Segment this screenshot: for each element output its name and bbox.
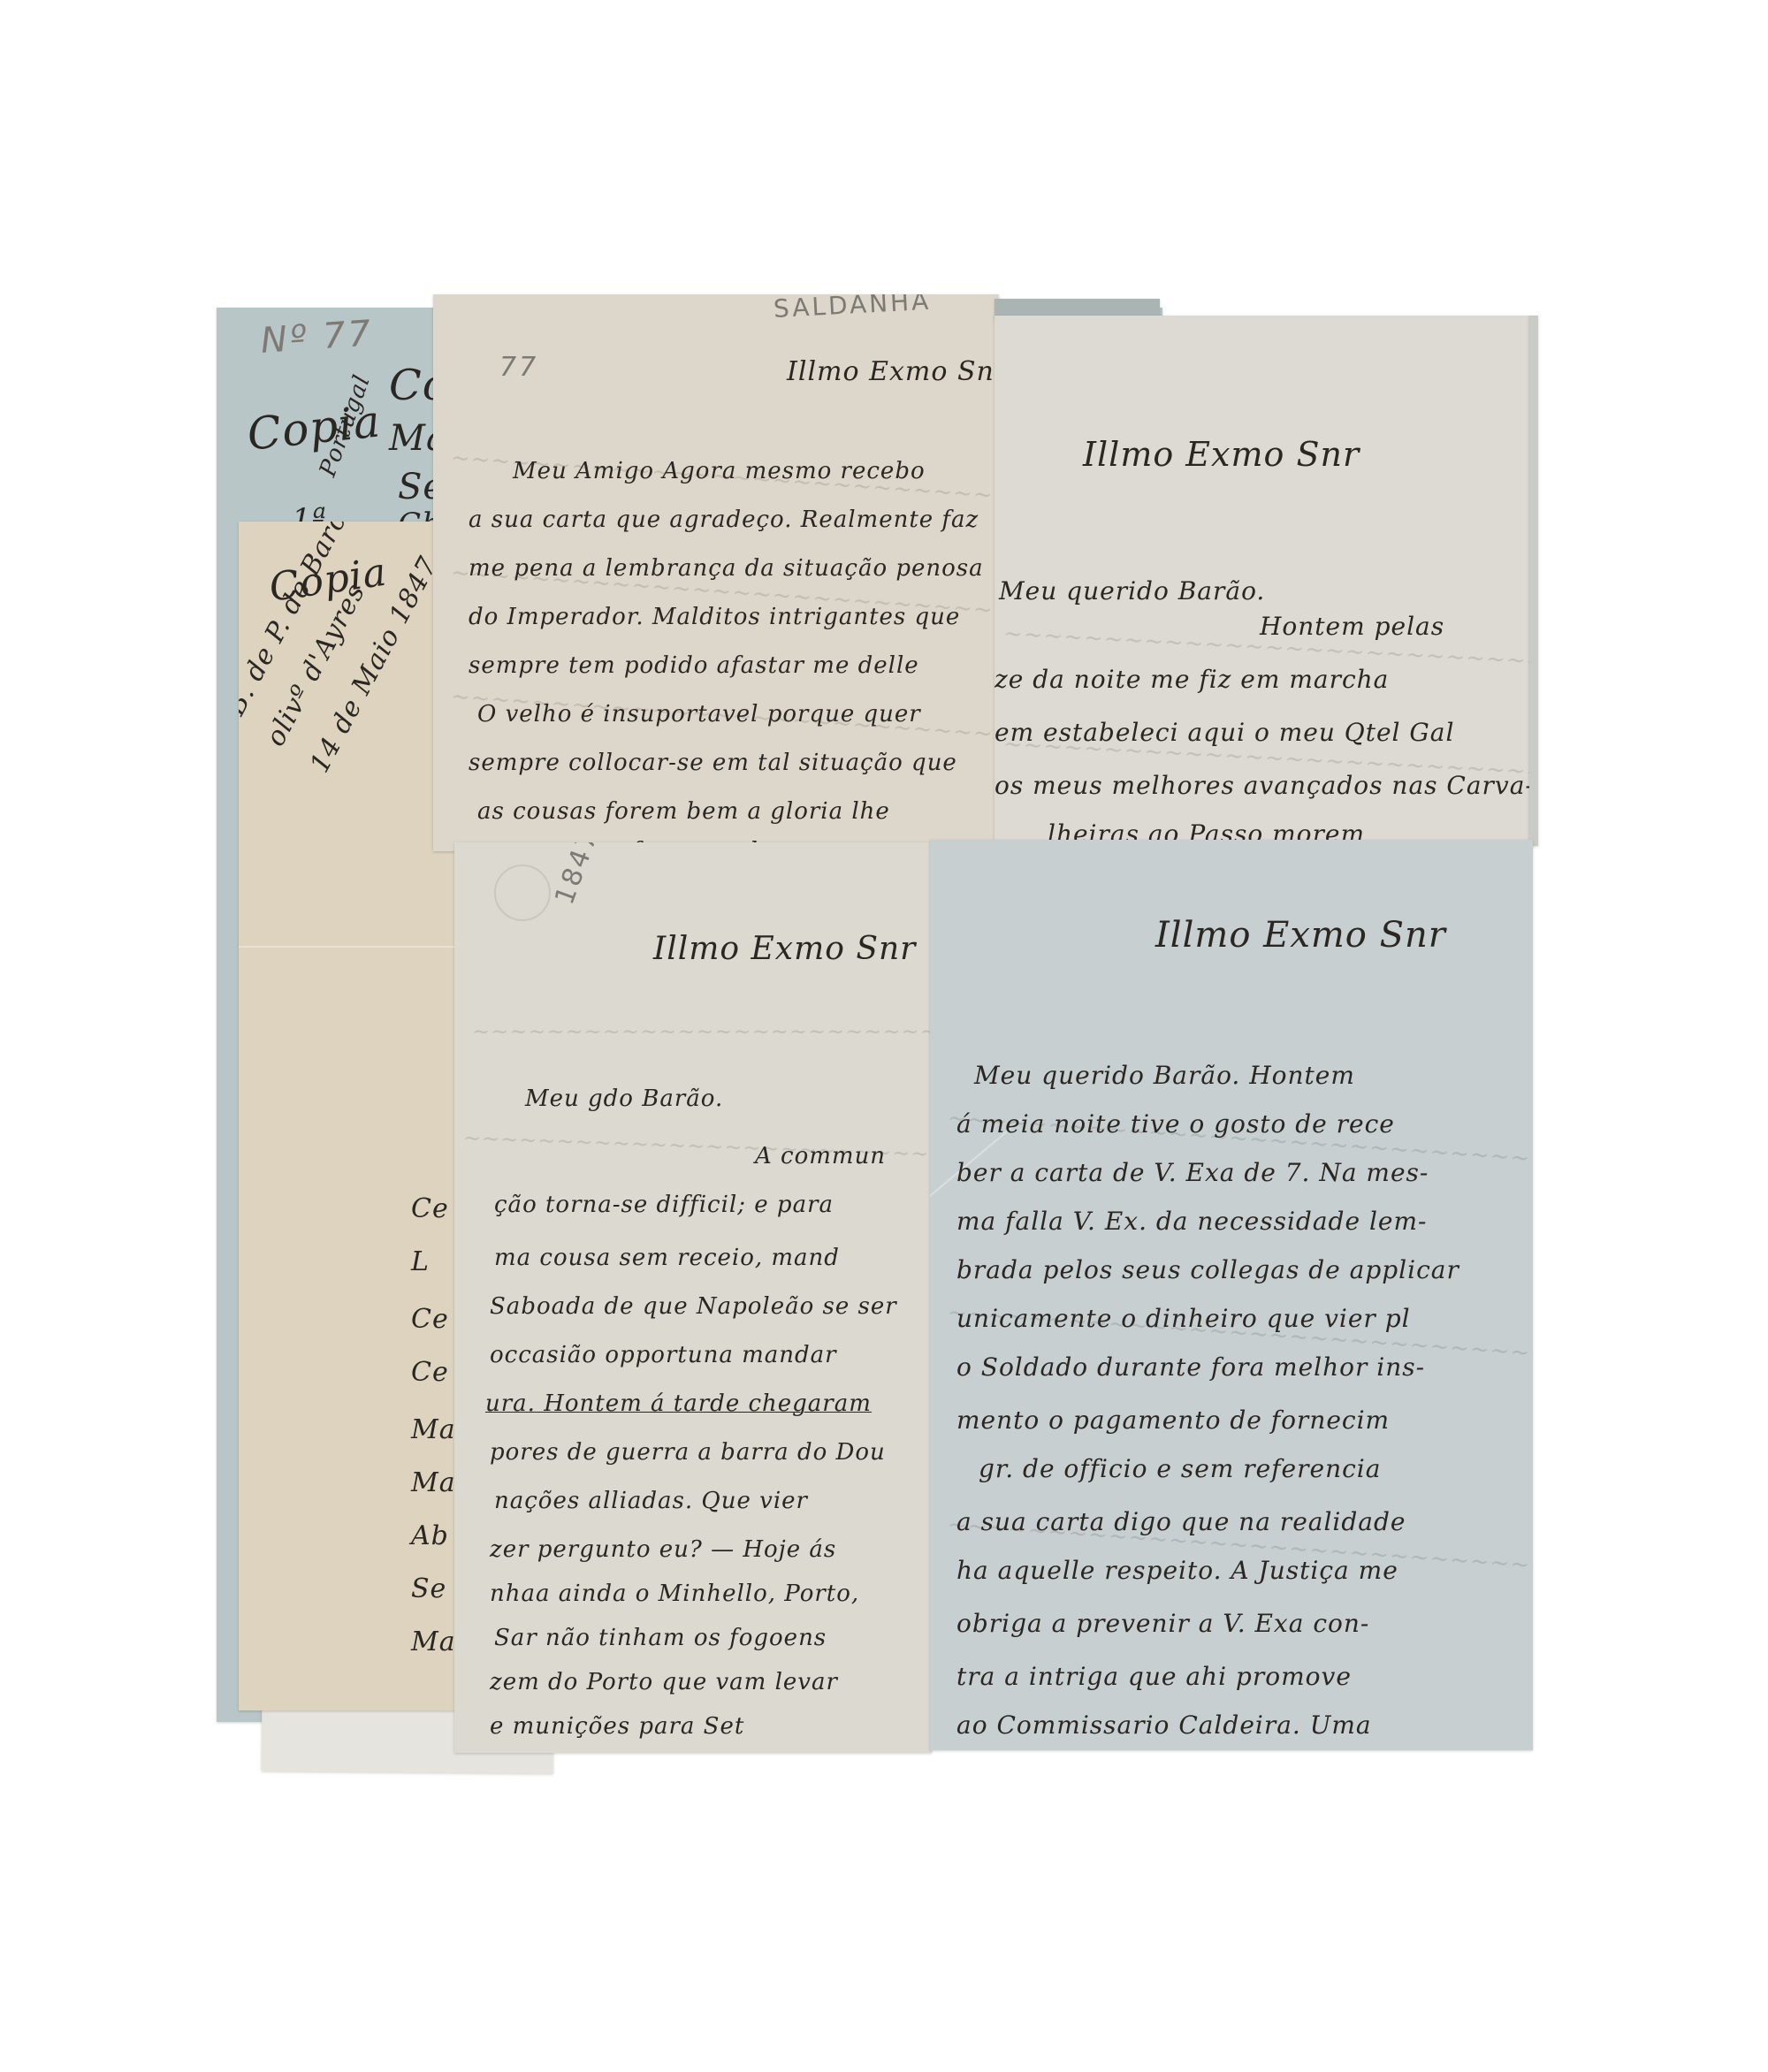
fragment: Ce [411,1357,449,1388]
letter-line: a sua carta digo que na realidade [956,1507,1406,1536]
letter-line: O velho é insuportavel porque quer [477,701,921,727]
letter-line: Meu querido Barão. Hontem [974,1061,1355,1090]
pencil-name: SALDANHA [773,294,932,324]
pencil-number: 77 [499,352,538,383]
letter-line: occasião opportuna mandar [490,1342,837,1368]
letter-line: ura. Hontem á tarde chegaram [485,1390,872,1417]
letter-sheet-right-top: Illmo Exmo Snr Meu querido Barão. ~~~~~~… [994,316,1529,846]
letter-line: zem do Porto que vam levar [490,1669,838,1695]
letter-line: a sua carta que agradeço. Realmente faz [469,507,979,533]
fragment: Ab [411,1520,449,1551]
embossed-seal-icon [494,865,551,921]
letter-line: ha aquelle respeito. A Justiça me [956,1556,1398,1585]
salutation: Illmo Exmo Snr [787,356,999,387]
salutation: Illmo Exmo Snr [1083,435,1360,474]
salutation: Illmo Exmo Snr [653,931,916,967]
letter-line: á meia noite tive o gosto de rece [956,1109,1395,1139]
fragment: Ce [411,1304,449,1335]
letter-line: e munições para Set [490,1713,744,1740]
letter-line: os meus melhores avançados nas Carva- [994,771,1529,800]
letter-line: as cousas forem bem a gloria lhe [477,798,890,825]
letter-line: pores de guerra a barra do Dou [490,1439,886,1466]
fragment: Ma [411,1467,456,1498]
letter-line: do Imperador. Malditos intrigantes que [469,604,960,630]
letter-line: ma falla V. Ex. da necessidade lem- [956,1207,1427,1236]
letter-line: ber a carta de V. Exa de 7. Na mes- [956,1158,1429,1187]
letter-line: Sar não tinham os fogoens [494,1625,827,1651]
letter-line: nações alliadas. Que vier [494,1488,808,1514]
letter-sheet-saldanha: SALDANHA 77 Illmo Exmo Snr ~~~~~~~~~~~~~… [433,294,999,851]
letter-sheet-mid-left: 1847 Illmo Exmo Snr ~~~~~~~~~~~~~~~~~~~~… [454,842,932,1753]
letter-line: Meu Amigo Agora mesmo recebo [513,458,926,484]
letter-sheet-edge [1529,316,1538,846]
letter-line: gr. de officio e sem referencia [979,1454,1381,1483]
letter-line: brada pelos seus collegas de applicar [956,1255,1459,1284]
greeting: Meu gdo Barão. [525,1086,723,1112]
letter-line: nhaa ainda o Minhello, Porto, [490,1581,859,1607]
letter-line: me pena a lembrança da situação penosa [469,555,984,582]
greeting: Meu querido Barão. [999,576,1265,606]
letter-line: zer pergunto eu? — Hoje ás [490,1536,836,1563]
fragment: Ma [411,1414,456,1445]
letter-line: ção torna-se difficil; e para [494,1192,834,1218]
letter-line: Saboada de que Napoleão se ser [490,1293,897,1320]
fragment: Se [411,1573,446,1604]
letter-line: obriga a prevenir a V. Exa con- [956,1609,1369,1638]
fragment: Ma [411,1626,456,1657]
pencil-year: 1847 [549,842,605,909]
letter-line: ma cousa sem receio, mand [494,1245,840,1271]
letter-line: tra a intriga que ahi promove [956,1662,1352,1691]
letter-line: ze da noite me fiz em marcha [994,665,1389,694]
letter-line: ao Commissario Caldeira. Uma [956,1710,1372,1740]
fold-line [239,946,460,948]
fragment: L [411,1246,430,1277]
letter-line: mento o pagamento de fornecim [956,1405,1390,1435]
letter-line: o Soldado durante fora melhor ins- [956,1352,1425,1382]
letter-line: sempre tem podido afastar me delle [469,652,919,679]
letter-line: em estabeleci aqui o meu Qtel Gal [994,718,1454,747]
letter-line: sempre collocar-se em tal situação que [469,750,957,776]
letter-sheet-tan-copy: Copia B. de P. de Barc olivº d'Ayres 14 … [239,522,460,1710]
pencil-number-note: Nº 77 [259,313,374,362]
letter-line: unicamente o dinheiro que vier pl [956,1304,1411,1333]
fragment: Ce [411,1193,449,1224]
letter-sheet-blue-right: Illmo Exmo Snr ~~~~~~~~~~~~~~~~~~~~~~~~~… [930,840,1533,1750]
salutation: Illmo Exmo Snr [1155,915,1446,956]
letter-line: A commun [755,1143,886,1169]
letter-line: Hontem pelas [1260,612,1444,641]
